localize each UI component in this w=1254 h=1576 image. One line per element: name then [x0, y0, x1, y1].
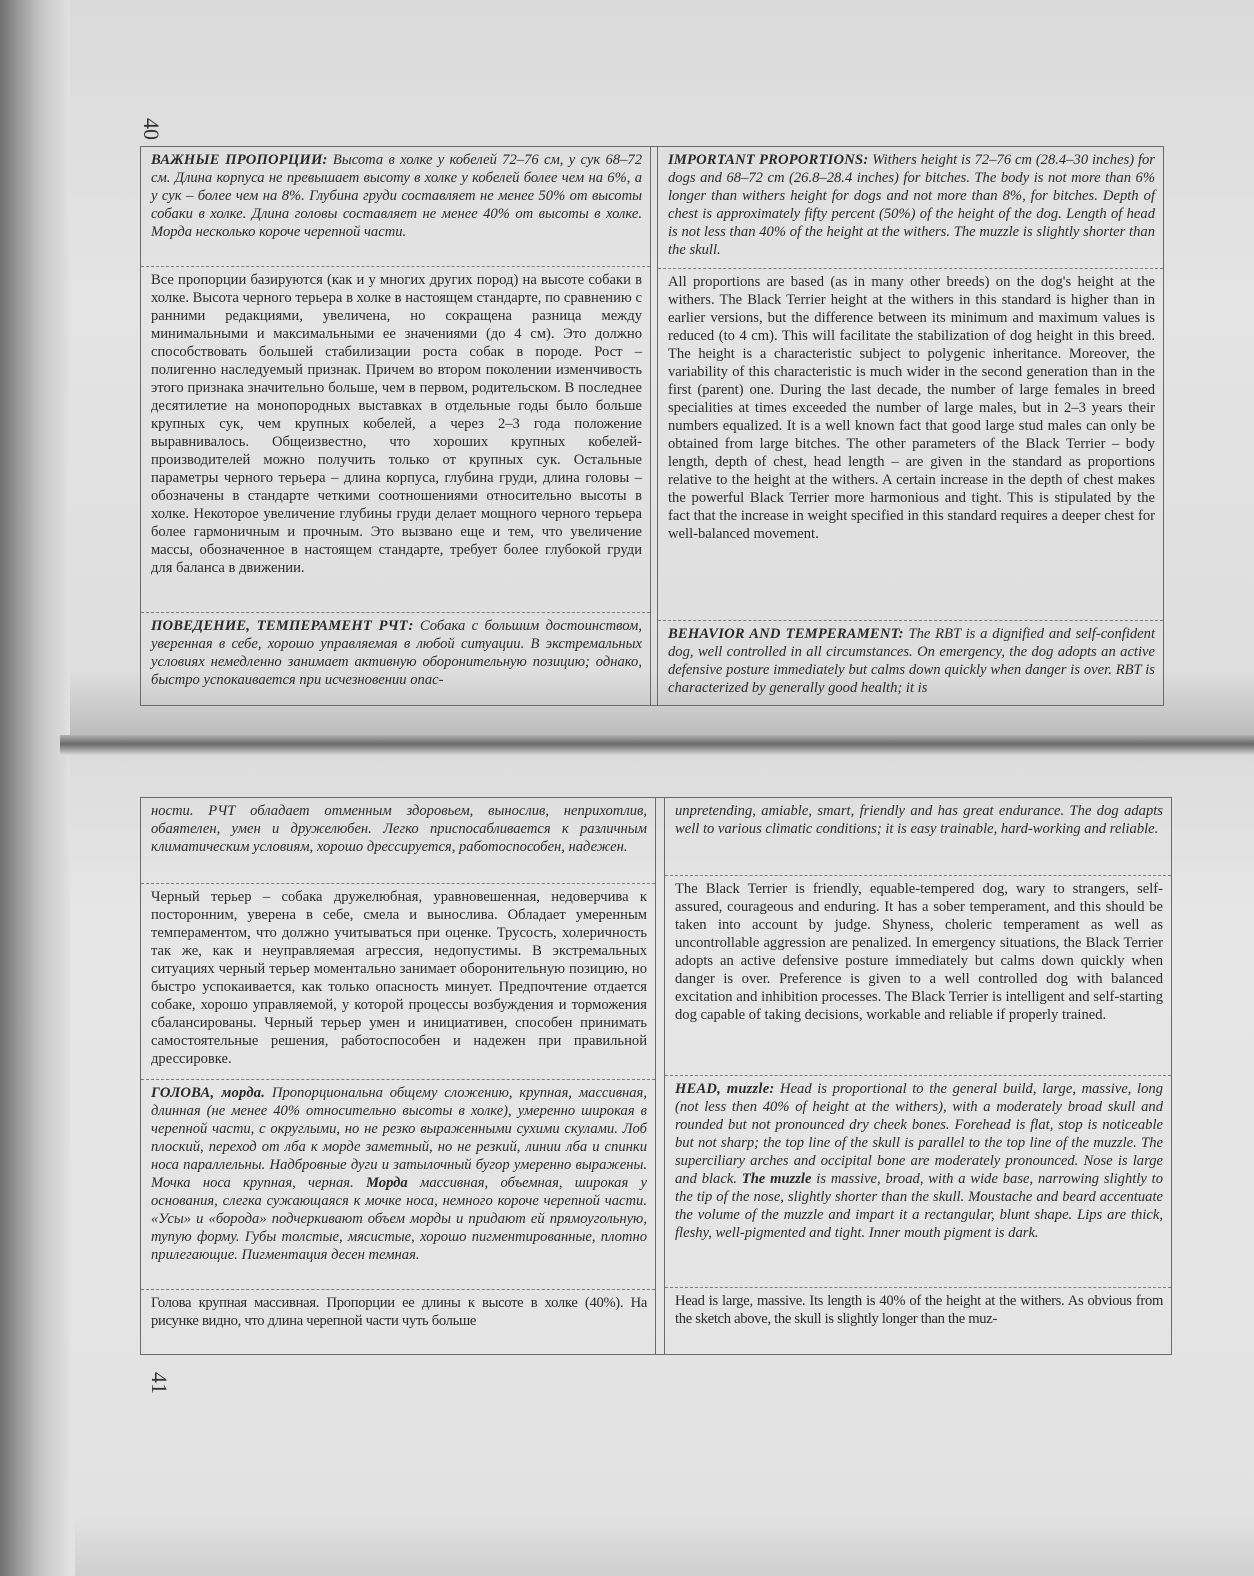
page-bottom-edge	[75, 1516, 1254, 1576]
section-heading: IMPORTANT PROPORTIONS:	[668, 152, 868, 168]
ru-behavior-standard-cont: ности. РЧТ обладает отменным здоровьем, …	[141, 798, 655, 884]
russian-column: ВАЖНЫЕ ПРОПОРЦИИ: Высота в холке у кобел…	[141, 147, 651, 705]
book-binding-shadow	[0, 0, 75, 1576]
commentary-text: The Black Terrier is friendly, equable-t…	[675, 881, 1163, 1023]
en-proportions-standard: IMPORTANT PROPORTIONS: Withers height is…	[658, 147, 1163, 269]
commentary-text: All proportions are based (as in many ot…	[668, 274, 1155, 542]
ru-head-commentary: Голова крупная массивная. Пропорции ее д…	[141, 1290, 655, 1352]
section-bold-term: Морда	[366, 1175, 408, 1191]
en-head-commentary: Head is large, massive. Its length is 40…	[665, 1288, 1171, 1354]
ru-behavior-commentary: Черный терьер – собака дружелюбная, урав…	[141, 884, 655, 1080]
commentary-text: Черный терьер – собака дружелюбная, урав…	[151, 889, 647, 1067]
en-behavior-commentary: The Black Terrier is friendly, equable-t…	[665, 876, 1171, 1076]
commentary-text: Все пропорции базируются (как и у многих…	[151, 272, 642, 576]
ru-proportions-standard: ВАЖНЫЕ ПРОПОРЦИИ: Высота в холке у кобел…	[141, 147, 650, 267]
section-bold-term: The muzzle	[742, 1171, 812, 1187]
page-number-bottom: 41	[146, 1372, 172, 1394]
ru-head-standard: ГОЛОВА, морда. Пропорциональна общему сл…	[141, 1080, 655, 1290]
en-head-standard: HEAD, muzzle: Head is proportional to th…	[665, 1076, 1171, 1288]
en-proportions-commentary: All proportions are based (as in many ot…	[658, 269, 1163, 621]
section-heading: BEHAVIOR AND TEMPERAMENT:	[668, 626, 904, 642]
standard-table-page-41: ности. РЧТ обладает отменным здоровьем, …	[140, 797, 1172, 1355]
english-column: IMPORTANT PROPORTIONS: Withers height is…	[657, 147, 1163, 705]
ru-behavior-standard: ПОВЕДЕНИЕ, ТЕМПЕРАМЕНТ РЧТ: Собака с бол…	[141, 613, 650, 703]
standard-table-page-40: ВАЖНЫЕ ПРОПОРЦИИ: Высота в холке у кобел…	[140, 146, 1164, 706]
page-number-top: 40	[138, 118, 164, 140]
commentary-text: Голова крупная массивная. Пропорции ее д…	[151, 1295, 647, 1329]
section-heading: HEAD, muzzle:	[675, 1081, 774, 1097]
ru-proportions-commentary: Все пропорции базируются (как и у многих…	[141, 267, 650, 613]
page-fold-shadow	[60, 735, 1254, 755]
en-behavior-standard-cont: unpretending, amiable, smart, friendly a…	[665, 798, 1171, 876]
russian-column: ности. РЧТ обладает отменным здоровьем, …	[141, 798, 656, 1354]
section-heading: ГОЛОВА, морда.	[151, 1085, 265, 1101]
section-text: unpretending, amiable, smart, friendly a…	[675, 803, 1163, 837]
section-heading: ПОВЕДЕНИЕ, ТЕМПЕРАМЕНТ РЧТ:	[151, 618, 414, 634]
section-text: ности. РЧТ обладает отменным здоровьем, …	[151, 803, 647, 855]
section-heading: ВАЖНЫЕ ПРОПОРЦИИ:	[151, 152, 328, 168]
commentary-text: Head is large, massive. Its length is 40…	[675, 1293, 1163, 1327]
english-column: unpretending, amiable, smart, friendly a…	[664, 798, 1171, 1354]
en-behavior-standard: BEHAVIOR AND TEMPERAMENT: The RBT is a d…	[658, 621, 1163, 703]
